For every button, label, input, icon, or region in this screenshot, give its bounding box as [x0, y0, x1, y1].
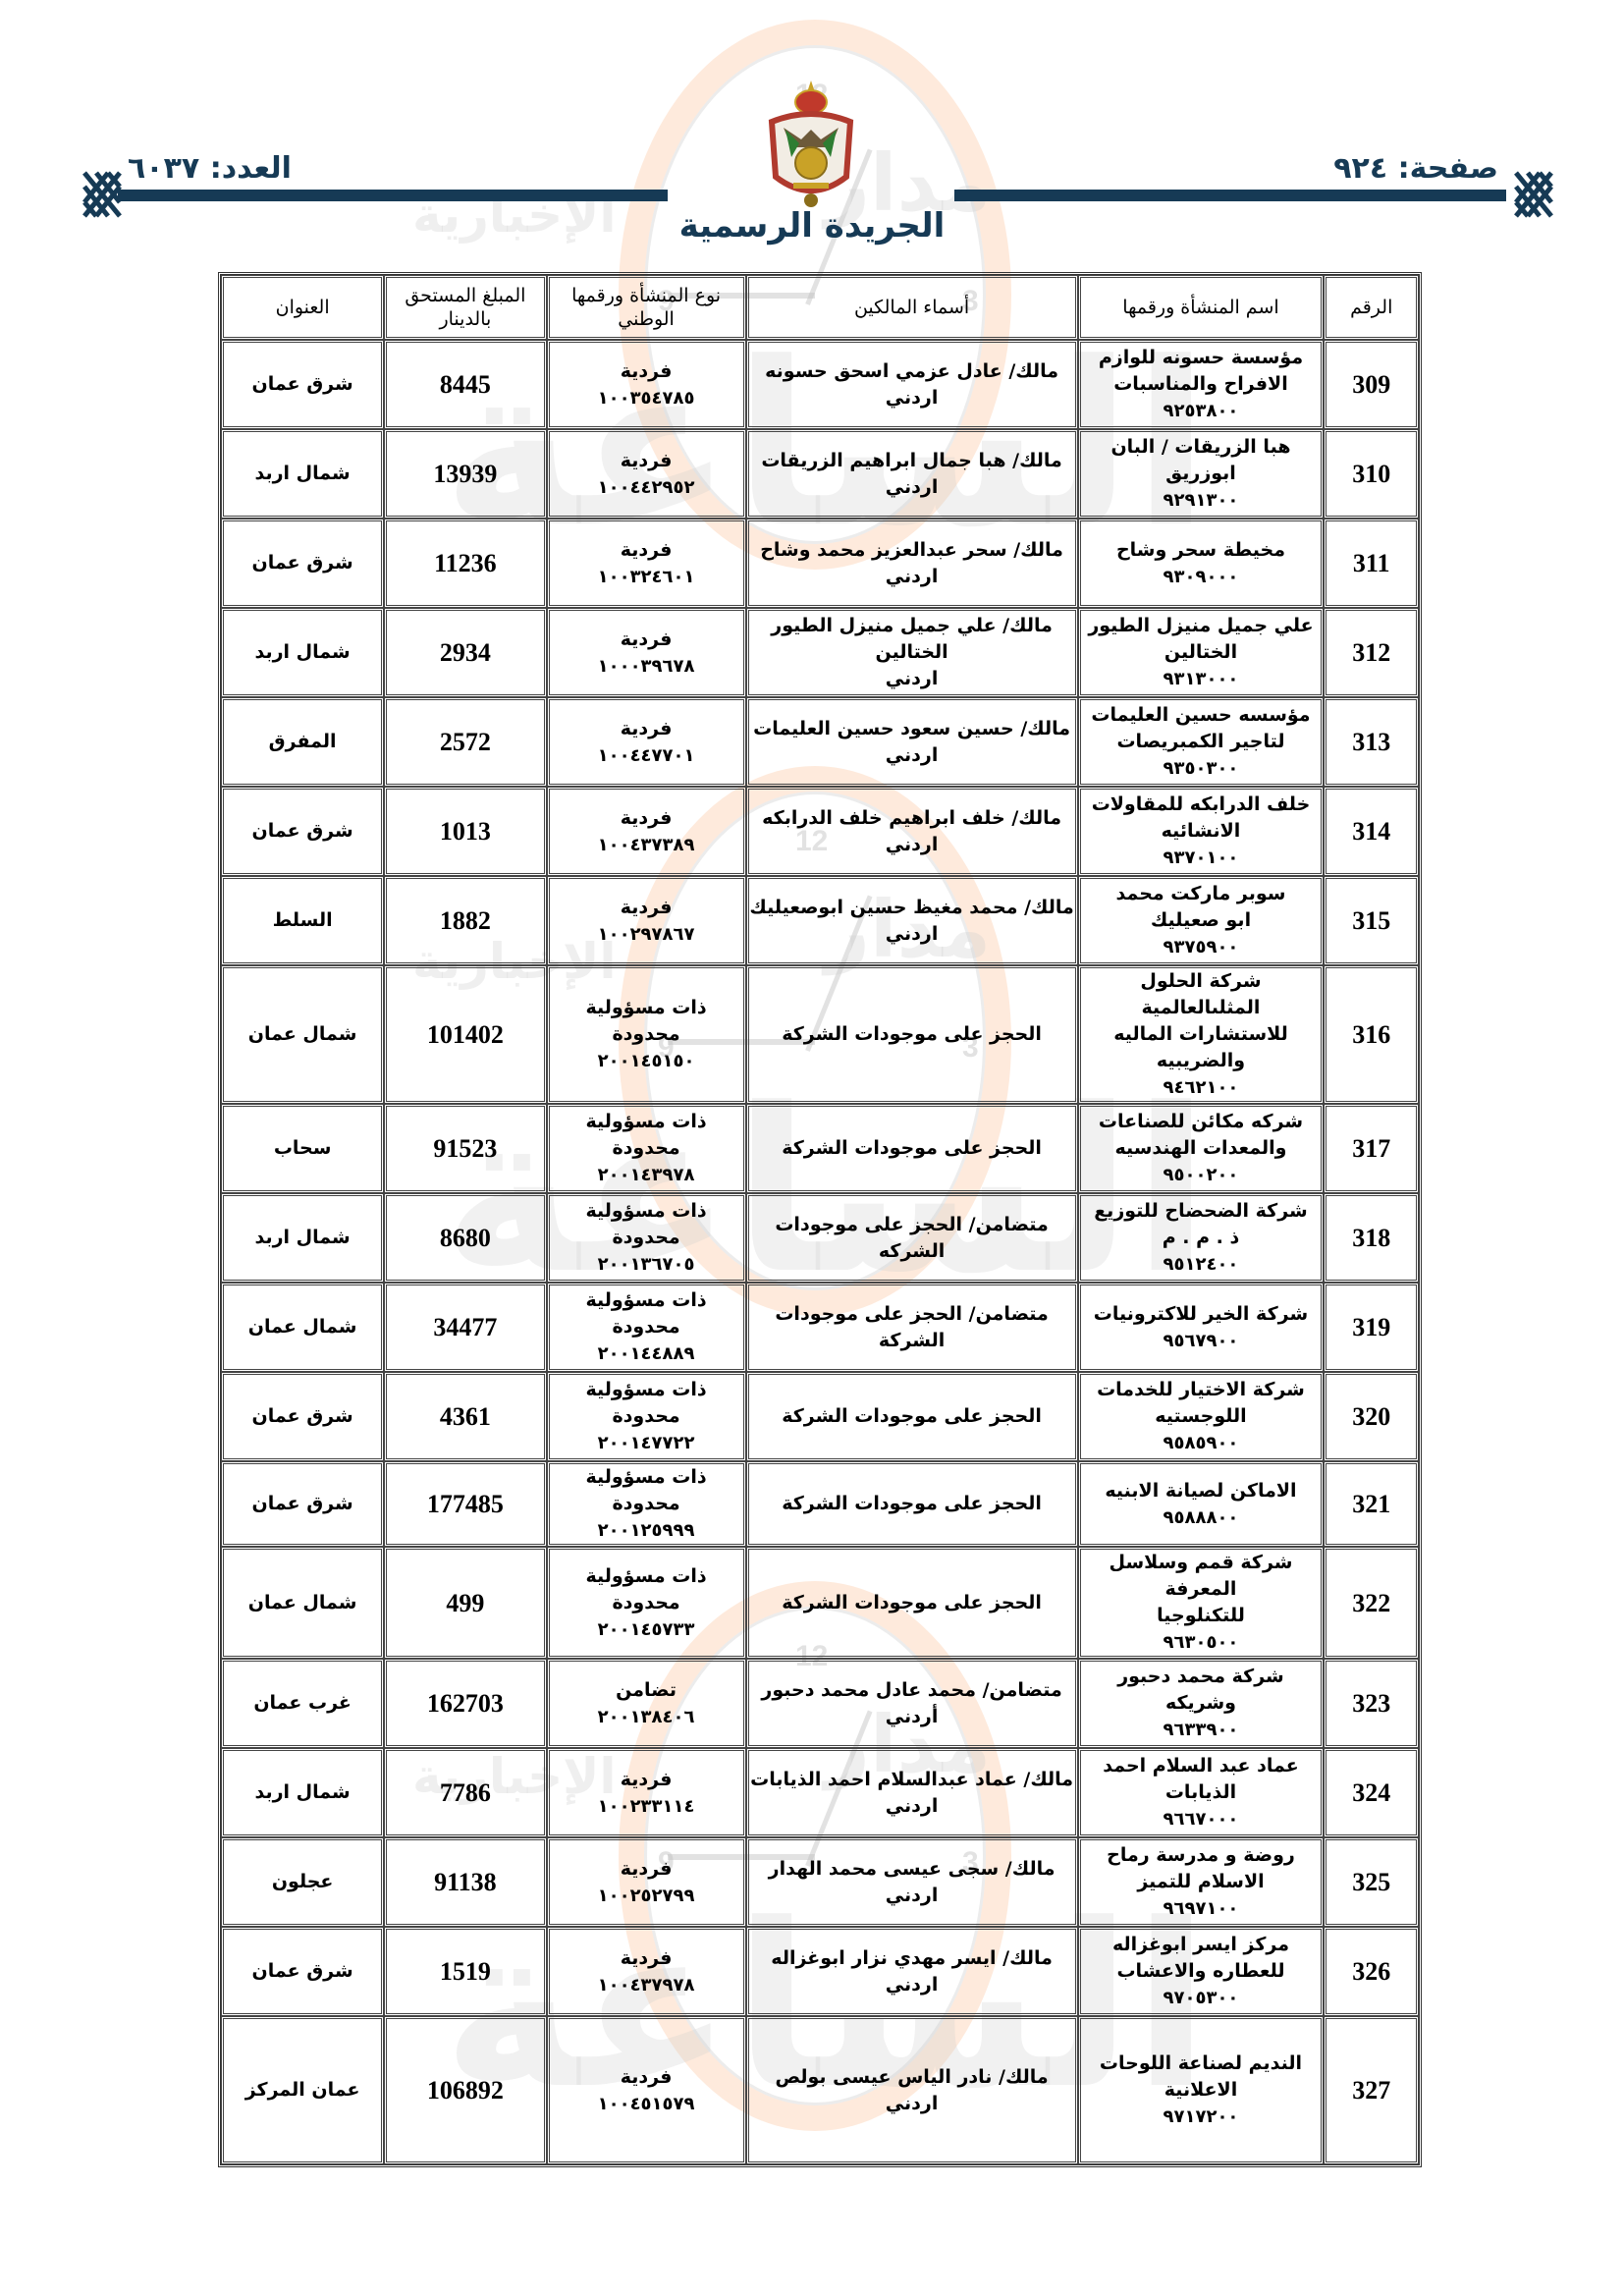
cell-address: شمال اربد: [221, 429, 384, 519]
establishment-type: ذات مسؤولية محدودة: [550, 1198, 743, 1251]
establishment-type: فردية: [550, 627, 743, 653]
row-number: 322: [1326, 1590, 1416, 1616]
national-id: ١٠٠٢٥٢٧٩٩: [550, 1883, 743, 1909]
establishment-reg-number: ٩٧٠٥٣٠٠: [1081, 1985, 1322, 2011]
column-header-establishment: اسم المنشأة ورقمها: [1078, 275, 1325, 340]
table-row: 316شركة الحلول المثلىالعالميةللاستشارات …: [221, 965, 1419, 1104]
cell-amount: 2572: [384, 697, 546, 787]
establishment-reg-number: ٩٧١٧٢٠٠: [1081, 2104, 1322, 2130]
address: المفرق: [224, 729, 381, 755]
cell-owners: الحجز على موجودات الشركة: [746, 1372, 1078, 1461]
cell-number: 314: [1324, 787, 1419, 876]
cell-type: ذات مسؤولية محدودة٢٠٠١٢٥٩٩٩: [547, 1461, 746, 1547]
cell-number: 322: [1324, 1547, 1419, 1659]
establishment-name-line: شركه مكائن للصناعات: [1081, 1109, 1322, 1135]
cell-owners: متضامن/ محمد عادل محمد دحبورأردني: [746, 1659, 1078, 1748]
address: شرق عمان: [224, 550, 381, 576]
address: شمال عمان: [224, 1314, 381, 1340]
cell-owners: مالك/ حسين سعود حسين العليماتاردني: [746, 697, 1078, 787]
cell-type: فردية١٠٠٠٣٩٦٧٨: [547, 608, 746, 697]
address: شمال اربد: [224, 1779, 381, 1806]
column-header-amount: المبلغ المستحق بالدينار: [384, 275, 546, 340]
establishment-name-line: عماد عبد السلام احمد: [1081, 1753, 1322, 1779]
cell-type: فردية١٠٠٣٥٤٧٨٥: [547, 340, 746, 429]
column-header-address: العنوان: [221, 275, 384, 340]
gazette-title: الجريدة الرسمية: [0, 206, 1624, 246]
owner-line: الشركة: [749, 1328, 1075, 1354]
owner-line: اردني: [749, 1793, 1075, 1820]
national-id: ١٠٠٢٩٧٨٦٧: [550, 921, 743, 948]
cell-owners: مالك/ هبا جمال ابراهيم الزريقاتاردني: [746, 429, 1078, 519]
establishment-reg-number: ٩٢٥٣٨٠٠: [1081, 398, 1322, 424]
owner-line: الختالين: [749, 639, 1075, 666]
table-row: 313مؤسسه حسين العليماتلتاجير الكمبريصات٩…: [221, 697, 1419, 787]
row-number: 315: [1326, 907, 1416, 934]
row-number: 313: [1326, 729, 1416, 755]
cell-type: فردية١٠٠٤٣٧٩٧٨: [547, 1927, 746, 2016]
owner-line: اردني: [749, 832, 1075, 858]
cell-owners: مالك/ ايسر مهدي نزار ابوغزالهاردني: [746, 1927, 1078, 2016]
cell-amount: 162703: [384, 1659, 546, 1748]
cell-number: 310: [1324, 429, 1419, 519]
owner-line: مالك/ سحر عبدالعزيز محمد وشاح: [749, 537, 1075, 564]
amount-due: 1882: [387, 907, 543, 934]
cell-number: 316: [1324, 965, 1419, 1104]
establishment-reg-number: ٩٥٠٠٢٠٠: [1081, 1162, 1322, 1188]
jordan-coat-of-arms-icon: [762, 79, 860, 216]
establishment-name-line: علي جميل منيزل الطيور: [1081, 613, 1322, 639]
establishment-type: ذات مسؤولية محدودة: [550, 1464, 743, 1517]
address: شمال اربد: [224, 639, 381, 666]
establishment-type: فردية: [550, 805, 743, 832]
table-row: 319شركة الخير للاكترونيات٩٥٦٧٩٠٠متضامن/ …: [221, 1283, 1419, 1372]
establishment-name-line: مؤسسه حسين العليمات: [1081, 702, 1322, 729]
establishment-type: فردية: [550, 358, 743, 385]
address: شمال عمان: [224, 1021, 381, 1048]
table-row: 322شركة قمم وسلاسل المعرفةللتكنلوجيا٩٦٣٠…: [221, 1547, 1419, 1659]
cell-amount: 11236: [384, 519, 546, 608]
owner-line: مالك/ سجى عيسى محمد الهدار: [749, 1856, 1075, 1883]
cell-address: شرق عمان: [221, 519, 384, 608]
establishment-reg-number: ٩٥٦٧٩٠٠: [1081, 1328, 1322, 1354]
cell-establishment: شركة الاختيار للخدماتاللوجستيه٩٥٨٥٩٠٠: [1078, 1372, 1325, 1461]
owner-line: مالك/ عادل عزمي اسحق حسونه: [749, 358, 1075, 385]
owner-line: اردني: [749, 1883, 1075, 1909]
cell-address: شمال عمان: [221, 965, 384, 1104]
cell-owners: مالك/ محمد مغيظ حسين ابوصعيليكاردني: [746, 876, 1078, 965]
cell-establishment: مخيطة سحر وشاح٩٣٠٩٠٠٠: [1078, 519, 1325, 608]
cell-type: فردية١٠٠٤٤٧٧٠١: [547, 697, 746, 787]
cell-owners: متضامن/ الحجز على موجوداتالشركه: [746, 1193, 1078, 1283]
amount-due: 13939: [387, 461, 543, 487]
cell-amount: 8445: [384, 340, 546, 429]
cell-type: ذات مسؤولية محدودة٢٠٠١٣٦٧٠٥: [547, 1193, 746, 1283]
table-row: 325روضة و مدرسة رماحالاسلام للتميز٩٦٩٧١٠…: [221, 1837, 1419, 1927]
establishment-name-line: شركة الخير للاكترونيات: [1081, 1301, 1322, 1328]
table-row: 317شركه مكائن للصناعاتوالمعدات الهندسيه٩…: [221, 1104, 1419, 1193]
cell-owners: مالك/ سحر عبدالعزيز محمد وشاحاردني: [746, 519, 1078, 608]
establishment-name-line: ابو صعيليك: [1081, 907, 1322, 934]
national-id: ٢٠٠١٤٤٨٨٩: [550, 1340, 743, 1367]
cell-type: فردية١٠٠٤٥١٥٧٩: [547, 2016, 746, 2164]
national-id: ١٠٠٤٣٧٣٨٩: [550, 832, 743, 858]
cell-type: فردية١٠٠٢٥٢٧٩٩: [547, 1837, 746, 1927]
owner-line: اردني: [749, 2091, 1075, 2117]
establishment-name-line: شركة الاختيار للخدمات: [1081, 1377, 1322, 1403]
address: شمال اربد: [224, 461, 381, 487]
cell-establishment: روضة و مدرسة رماحالاسلام للتميز٩٦٩٧١٠٠: [1078, 1837, 1325, 1927]
owner-line: اردني: [749, 1972, 1075, 1998]
amount-due: 2572: [387, 729, 543, 755]
cell-owners: مالك/ نادر الياس عيسى بولصاردني: [746, 2016, 1078, 2164]
table-row: 324عماد عبد السلام احمدالذيابات٩٦٦٧٠٠٠ما…: [221, 1748, 1419, 1837]
establishment-reg-number: ٩٣٥٠٣٠٠: [1081, 755, 1322, 782]
national-id: ٢٠٠١٤٧٧٢٢: [550, 1430, 743, 1456]
header-rule-right: [954, 190, 1506, 201]
page-number: صفحة: ٩٢٤: [1333, 151, 1498, 186]
row-number: 323: [1326, 1690, 1416, 1717]
cell-address: شمال عمان: [221, 1547, 384, 1659]
table-row: 309مؤسسة حسونه للوازمالافراح والمناسبات٩…: [221, 340, 1419, 429]
establishment-name-line: شركة محمد دحبور وشريكه: [1081, 1664, 1322, 1717]
cell-type: ذات مسؤولية محدودة٢٠٠١٤٣٩٧٨: [547, 1104, 746, 1193]
owner-line: أردني: [749, 1704, 1075, 1730]
address: شرق عمان: [224, 1958, 381, 1985]
cell-type: فردية١٠٠٢٩٧٨٦٧: [547, 876, 746, 965]
header-rule-left: [118, 190, 668, 201]
cell-establishment: هبا الزريقات / البانابوزريق٩٢٩١٣٠٠: [1078, 429, 1325, 519]
table-body: 309مؤسسة حسونه للوازمالافراح والمناسبات٩…: [221, 340, 1419, 2164]
row-number: 319: [1326, 1314, 1416, 1340]
cell-number: 318: [1324, 1193, 1419, 1283]
cell-number: 313: [1324, 697, 1419, 787]
cell-owners: متضامن/ الحجز على موجوداتالشركة: [746, 1283, 1078, 1372]
cell-owners: الحجز على موجودات الشركة: [746, 965, 1078, 1104]
cell-establishment: شركة الخير للاكترونيات٩٥٦٧٩٠٠: [1078, 1283, 1325, 1372]
establishment-type: فردية: [550, 2064, 743, 2091]
establishment-reg-number: ٩٥٨٨٨٠٠: [1081, 1504, 1322, 1531]
cell-establishment: سوبر ماركت محمدابو صعيليك٩٣٧٥٩٠٠: [1078, 876, 1325, 965]
row-number: 321: [1326, 1491, 1416, 1517]
cell-type: فردية١٠٠٢٣٣١١٤: [547, 1748, 746, 1837]
table-row: 327النديم لصناعة اللوحاتالاعلانية٩٧١٧٢٠٠…: [221, 2016, 1419, 2164]
amount-due: 91138: [387, 1869, 543, 1895]
cell-amount: 1519: [384, 1927, 546, 2016]
owner-line: مالك/ محمد مغيظ حسين ابوصعيليك: [749, 895, 1075, 921]
establishment-type: فردية: [550, 537, 743, 564]
cell-number: 317: [1324, 1104, 1419, 1193]
amount-due: 106892: [387, 2077, 543, 2104]
table-row: 312علي جميل منيزل الطيورالختالين٩٣١٣٠٠٠م…: [221, 608, 1419, 697]
cell-establishment: عماد عبد السلام احمدالذيابات٩٦٦٧٠٠٠: [1078, 1748, 1325, 1837]
national-id: ١٠٠٤٤٧٧٠١: [550, 742, 743, 769]
cell-establishment: شركة محمد دحبور وشريكه٩٦٣٣٩٠٠: [1078, 1659, 1325, 1748]
cell-address: شرق عمان: [221, 1927, 384, 2016]
amount-due: 8445: [387, 371, 543, 398]
cell-number: 327: [1324, 2016, 1419, 2164]
amount-due: 1013: [387, 818, 543, 845]
cell-number: 325: [1324, 1837, 1419, 1927]
cell-number: 312: [1324, 608, 1419, 697]
establishment-reg-number: ٩٣٠٩٠٠٠: [1081, 564, 1322, 590]
column-header-owners: أسماء المالكين: [746, 275, 1078, 340]
national-id: ١٠٠٠٣٩٦٧٨: [550, 653, 743, 680]
owner-line: الحجز على موجودات الشركة: [749, 1590, 1075, 1616]
owner-line: مالك/ علي جميل منيزل الطيور: [749, 613, 1075, 639]
amount-due: 162703: [387, 1690, 543, 1717]
amount-due: 8680: [387, 1225, 543, 1251]
table-row: 318شركة الضحضاح للتوزيعذ . م . م٩٥١٢٤٠٠م…: [221, 1193, 1419, 1283]
cell-amount: 2934: [384, 608, 546, 697]
establishment-reg-number: ٩٥١٢٤٠٠: [1081, 1251, 1322, 1278]
establishment-name-line: والمعدات الهندسيه: [1081, 1135, 1322, 1162]
establishment-type: ذات مسؤولية محدودة: [550, 1109, 743, 1162]
establishment-name-line: الاعلانية: [1081, 2077, 1322, 2104]
cell-owners: الحجز على موجودات الشركة: [746, 1547, 1078, 1659]
cell-owners: مالك/ عادل عزمي اسحق حسونهاردني: [746, 340, 1078, 429]
cell-address: شمال اربد: [221, 608, 384, 697]
national-id: ٢٠٠١٣٦٧٠٥: [550, 1251, 743, 1278]
establishment-reg-number: ٩٣٧٠١٠٠: [1081, 845, 1322, 871]
cell-amount: 13939: [384, 429, 546, 519]
address: عجلون: [224, 1869, 381, 1895]
cell-establishment: مؤسسه حسين العليماتلتاجير الكمبريصات٩٣٥٠…: [1078, 697, 1325, 787]
amount-due: 4361: [387, 1403, 543, 1430]
cell-amount: 91138: [384, 1837, 546, 1927]
cell-address: شرق عمان: [221, 1372, 384, 1461]
owner-line: مالك/ حسين سعود حسين العليمات: [749, 716, 1075, 742]
establishment-reg-number: ٩٦٣٣٩٠٠: [1081, 1717, 1322, 1743]
table-row: 314خلف الدرابكه للمقاولاتالانشائيه٩٣٧٠١٠…: [221, 787, 1419, 876]
establishment-reg-number: ٩٥٨٥٩٠٠: [1081, 1430, 1322, 1456]
cell-amount: 1882: [384, 876, 546, 965]
establishment-reg-number: ٩٣١٣٠٠٠: [1081, 666, 1322, 692]
address: سحاب: [224, 1135, 381, 1162]
establishment-name-line: الاسلام للتميز: [1081, 1869, 1322, 1895]
amount-due: 2934: [387, 639, 543, 666]
cell-address: شمال اربد: [221, 1193, 384, 1283]
owner-line: اردني: [749, 385, 1075, 411]
cell-amount: 1013: [384, 787, 546, 876]
establishment-reg-number: ٩٦٩٧١٠٠: [1081, 1895, 1322, 1922]
cell-establishment: شركه مكائن للصناعاتوالمعدات الهندسيه٩٥٠٠…: [1078, 1104, 1325, 1193]
cell-type: ذات مسؤولية محدودة٢٠٠١٤٤٨٨٩: [547, 1283, 746, 1372]
owner-line: مالك/ نادر الياس عيسى بولص: [749, 2064, 1075, 2091]
row-number: 317: [1326, 1135, 1416, 1162]
cell-establishment: علي جميل منيزل الطيورالختالين٩٣١٣٠٠٠: [1078, 608, 1325, 697]
owner-line: اردني: [749, 666, 1075, 692]
cell-establishment: خلف الدرابكه للمقاولاتالانشائيه٩٣٧٠١٠٠: [1078, 787, 1325, 876]
owner-line: متضامن/ الحجز على موجودات: [749, 1212, 1075, 1238]
owner-line: الحجز على موجودات الشركة: [749, 1491, 1075, 1517]
cell-type: تضامن٢٠٠١٣٨٤٠٦: [547, 1659, 746, 1748]
amount-due: 7786: [387, 1779, 543, 1806]
establishment-reg-number: ٩٦٣٠٥٠٠: [1081, 1629, 1322, 1656]
issue-number: العدد: ٦٠٣٧: [128, 151, 292, 186]
row-number: 311: [1326, 550, 1416, 576]
cell-amount: 34477: [384, 1283, 546, 1372]
cell-number: 315: [1324, 876, 1419, 965]
establishment-type: فردية: [550, 895, 743, 921]
cell-establishment: شركة قمم وسلاسل المعرفةللتكنلوجيا٩٦٣٠٥٠٠: [1078, 1547, 1325, 1659]
row-number: 324: [1326, 1779, 1416, 1806]
address: عمان المركز: [224, 2077, 381, 2104]
cell-type: ذات مسؤولية محدودة٢٠٠١٤٥٧٣٣: [547, 1547, 746, 1659]
cell-owners: الحجز على موجودات الشركة: [746, 1104, 1078, 1193]
cell-number: 311: [1324, 519, 1419, 608]
table-row: 310هبا الزريقات / البانابوزريق٩٢٩١٣٠٠مال…: [221, 429, 1419, 519]
owner-line: اردني: [749, 742, 1075, 769]
owner-line: متضامن/ الحجز على موجودات: [749, 1301, 1075, 1328]
row-number: 327: [1326, 2077, 1416, 2104]
establishment-name-line: الختالين: [1081, 639, 1322, 666]
cell-number: 309: [1324, 340, 1419, 429]
national-id: ١٠٠٣٢٤٦٠١: [550, 564, 743, 590]
establishment-type: ذات مسؤولية محدودة: [550, 995, 743, 1048]
address: السلط: [224, 907, 381, 934]
establishment-type: فردية: [550, 1945, 743, 1972]
amount-due: 177485: [387, 1491, 543, 1517]
establishment-name-line: النديم لصناعة اللوحات: [1081, 2050, 1322, 2077]
table-row: 320شركة الاختيار للخدماتاللوجستيه٩٥٨٥٩٠٠…: [221, 1372, 1419, 1461]
row-number: 326: [1326, 1958, 1416, 1985]
cell-amount: 499: [384, 1547, 546, 1659]
establishment-name-line: الذيابات: [1081, 1779, 1322, 1806]
establishment-name-line: والضريبيه: [1081, 1048, 1322, 1074]
establishment-reg-number: ٩٦٦٧٠٠٠: [1081, 1806, 1322, 1832]
owner-line: الشركه: [749, 1238, 1075, 1265]
table-header-row: الرقم اسم المنشأة ورقمها أسماء المالكين …: [221, 275, 1419, 340]
establishment-name-line: للاستشارات الماليه: [1081, 1021, 1322, 1048]
establishment-type: فردية: [550, 448, 743, 474]
cell-address: عجلون: [221, 1837, 384, 1927]
cell-owners: مالك/ سجى عيسى محمد الهداراردني: [746, 1837, 1078, 1927]
establishment-type: فردية: [550, 716, 743, 742]
national-id: ١٠٠٣٥٤٧٨٥: [550, 385, 743, 411]
cell-amount: 7786: [384, 1748, 546, 1837]
amount-due: 1519: [387, 1958, 543, 1985]
row-number: 325: [1326, 1869, 1416, 1895]
cell-owners: مالك/ علي جميل منيزل الطيورالختاليناردني: [746, 608, 1078, 697]
cell-address: شرق عمان: [221, 340, 384, 429]
table-row: 315سوبر ماركت محمدابو صعيليك٩٣٧٥٩٠٠مالك/…: [221, 876, 1419, 965]
address: شرق عمان: [224, 1403, 381, 1430]
establishment-name-line: الاماكن لصيانة الابنيه: [1081, 1478, 1322, 1504]
establishment-reg-number: ٩٣٧٥٩٠٠: [1081, 934, 1322, 960]
owner-line: اردني: [749, 921, 1075, 948]
cell-amount: 8680: [384, 1193, 546, 1283]
column-header-number: الرقم: [1324, 275, 1419, 340]
establishment-name-line: للعطاره والاعشاب: [1081, 1958, 1322, 1985]
establishments-table: الرقم اسم المنشأة ورقمها أسماء المالكين …: [218, 272, 1422, 2167]
owner-line: مالك/ ايسر مهدي نزار ابوغزاله: [749, 1945, 1075, 1972]
establishment-name-line: خلف الدرابكه للمقاولات: [1081, 792, 1322, 818]
cell-amount: 177485: [384, 1461, 546, 1547]
owner-line: مالك/ خلف ابراهيم خلف الدرابكه: [749, 805, 1075, 832]
table-row: 321الاماكن لصيانة الابنيه٩٥٨٨٨٠٠الحجز عل…: [221, 1461, 1419, 1547]
national-id: ٢٠٠١٤٣٩٧٨: [550, 1162, 743, 1188]
row-number: 314: [1326, 818, 1416, 845]
cell-owners: مالك/ خلف ابراهيم خلف الدرابكهاردني: [746, 787, 1078, 876]
cell-address: المفرق: [221, 697, 384, 787]
establishment-name-line: شركة الحلول المثلىالعالمية: [1081, 968, 1322, 1021]
establishment-type: تضامن: [550, 1677, 743, 1704]
cell-amount: 4361: [384, 1372, 546, 1461]
establishment-name-line: الانشائيه: [1081, 818, 1322, 845]
establishment-name-line: للتكنلوجيا: [1081, 1603, 1322, 1629]
establishment-name-line: مخيطة سحر وشاح: [1081, 537, 1322, 564]
national-id: ٢٠٠١٤٥١٥٠: [550, 1048, 743, 1074]
national-id: ١٠٠٤٤٢٩٥٢: [550, 474, 743, 501]
address: غرب عمان: [224, 1690, 381, 1717]
cell-establishment: النديم لصناعة اللوحاتالاعلانية٩٧١٧٢٠٠: [1078, 2016, 1325, 2164]
owner-line: الحجز على موجودات الشركة: [749, 1403, 1075, 1430]
cell-type: فردية١٠٠٣٢٤٦٠١: [547, 519, 746, 608]
cell-number: 321: [1324, 1461, 1419, 1547]
address: شمال اربد: [224, 1225, 381, 1251]
national-id: ٢٠٠١٢٥٩٩٩: [550, 1517, 743, 1544]
table-row: 311مخيطة سحر وشاح٩٣٠٩٠٠٠مالك/ سحر عبدالع…: [221, 519, 1419, 608]
amount-due: 34477: [387, 1314, 543, 1340]
owner-line: مالك/ عماد عبدالسلام احمد الذيابات: [749, 1767, 1075, 1793]
owner-line: الحجز على موجودات الشركة: [749, 1021, 1075, 1048]
amount-due: 101402: [387, 1021, 543, 1048]
cell-establishment: الاماكن لصيانة الابنيه٩٥٨٨٨٠٠: [1078, 1461, 1325, 1547]
row-number: 316: [1326, 1021, 1416, 1048]
cell-address: غرب عمان: [221, 1659, 384, 1748]
cell-address: شمال عمان: [221, 1283, 384, 1372]
table-row: 326مركز ايسر ابوغزالهللعطاره والاعشاب٩٧٠…: [221, 1927, 1419, 2016]
national-id: ١٠٠٤٣٧٩٧٨: [550, 1972, 743, 1998]
cell-type: فردية١٠٠٤٣٧٣٨٩: [547, 787, 746, 876]
table-row: 323شركة محمد دحبور وشريكه٩٦٣٣٩٠٠متضامن/ …: [221, 1659, 1419, 1748]
cell-number: 320: [1324, 1372, 1419, 1461]
establishment-name-line: مركز ايسر ابوغزاله: [1081, 1932, 1322, 1958]
row-number: 310: [1326, 461, 1416, 487]
establishment-name-line: ذ . م . م: [1081, 1225, 1322, 1251]
cell-type: فردية١٠٠٤٤٢٩٥٢: [547, 429, 746, 519]
cell-address: السلط: [221, 876, 384, 965]
establishment-name-line: روضة و مدرسة رماح: [1081, 1842, 1322, 1869]
amount-due: 91523: [387, 1135, 543, 1162]
cell-address: شمال اربد: [221, 1748, 384, 1837]
national-id: ٢٠٠١٤٥٧٣٣: [550, 1616, 743, 1643]
cell-establishment: مؤسسة حسونه للوازمالافراح والمناسبات٩٢٥٣…: [1078, 340, 1325, 429]
cell-establishment: مركز ايسر ابوغزالهللعطاره والاعشاب٩٧٠٥٣٠…: [1078, 1927, 1325, 2016]
establishment-type: فردية: [550, 1767, 743, 1793]
row-number: 312: [1326, 639, 1416, 666]
row-number: 309: [1326, 371, 1416, 398]
establishment-name-line: شركة قمم وسلاسل المعرفة: [1081, 1550, 1322, 1603]
cell-owners: مالك/ عماد عبدالسلام احمد الذياباتاردني: [746, 1748, 1078, 1837]
establishment-name-line: لتاجير الكمبريصات: [1081, 729, 1322, 755]
establishment-type: ذات مسؤولية محدودة: [550, 1377, 743, 1430]
establishment-type: فردية: [550, 1856, 743, 1883]
row-number: 318: [1326, 1225, 1416, 1251]
address: شرق عمان: [224, 818, 381, 845]
cell-number: 326: [1324, 1927, 1419, 2016]
cell-number: 323: [1324, 1659, 1419, 1748]
cell-establishment: شركة الحلول المثلىالعالميةللاستشارات الم…: [1078, 965, 1325, 1104]
cell-address: عمان المركز: [221, 2016, 384, 2164]
amount-due: 11236: [387, 550, 543, 576]
cell-establishment: شركة الضحضاح للتوزيعذ . م . م٩٥١٢٤٠٠: [1078, 1193, 1325, 1283]
gazette-header: العدد: ٦٠٣٧ صفحة: ٩٢٤ الجريدة الرسمية: [0, 0, 1624, 265]
cell-address: شرق عمان: [221, 787, 384, 876]
establishment-name-line: الافراح والمناسبات: [1081, 371, 1322, 398]
address: شرق عمان: [224, 371, 381, 398]
establishment-reg-number: ٩٤٦٢١٠٠: [1081, 1074, 1322, 1101]
